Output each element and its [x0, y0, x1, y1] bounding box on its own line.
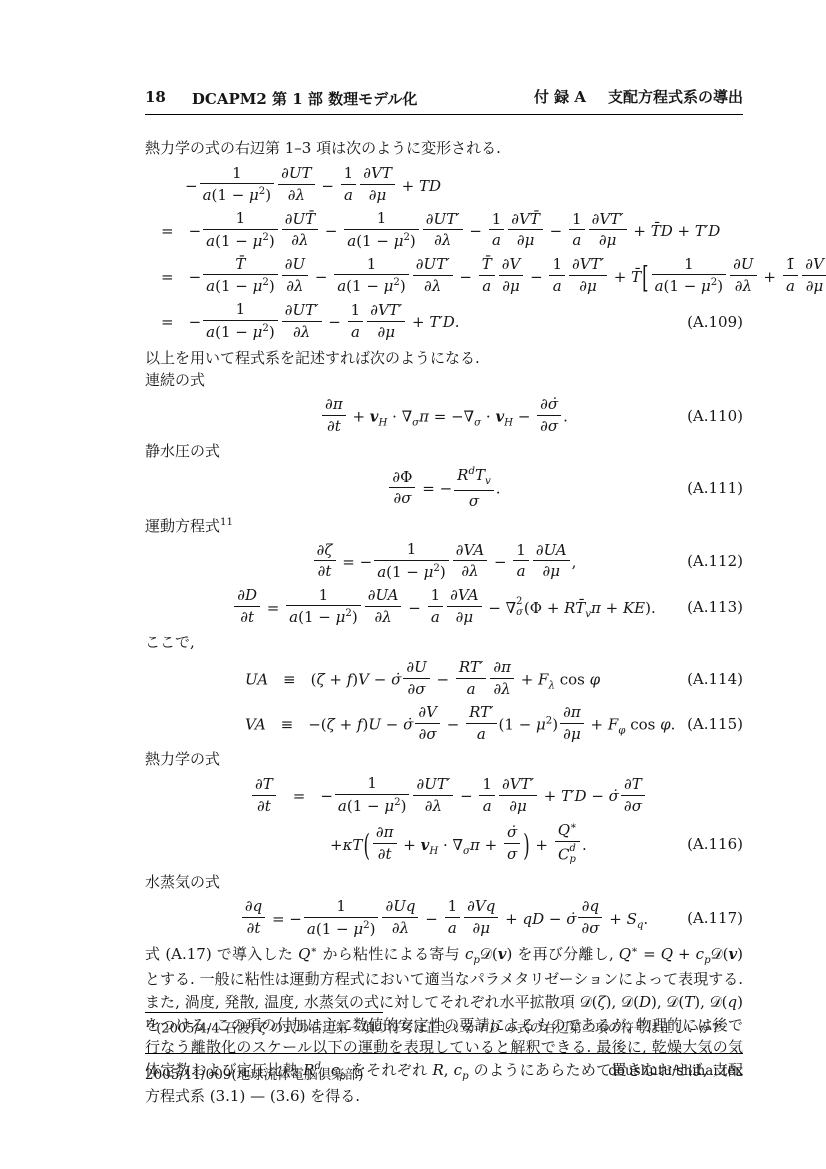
equation-A116: ∂T∂t = −1a(1 − μ2)∂UT′∂λ − 1a∂VT′∂μ + T′… — [145, 774, 743, 868]
document-page: 18 DCAPM2 第 1 部 数理モデル化 付 録 A 支配方程式系の導出 熱… — [0, 0, 826, 1169]
page-header: 18 DCAPM2 第 1 部 数理モデル化 付 録 A 支配方程式系の導出 — [145, 86, 743, 115]
equation-line: ∂T∂t = −1a(1 − μ2)∂UT′∂λ − 1a∂VT′∂μ + T′… — [145, 774, 743, 817]
equation-number: (A.114) — [687, 670, 743, 688]
equation-A112: ∂ζ∂t = −1a(1 − μ2)∂VA∂λ − 1a∂UA∂μ,(A.112… — [145, 540, 743, 583]
header-right: 付 録 A 支配方程式系の導出 — [534, 86, 743, 107]
equation-A110: ∂π∂t + vH · ∇σπ = −∇σ · vH − ∂σ̇∂σ.(A.11… — [145, 395, 743, 437]
equation-math: = −1a(1 − μ2)∂UT̄∂λ − 1a(1 − μ2)∂UT′∂λ −… — [161, 209, 720, 252]
equation-A114-A115: UA ≡ (ζ + f)V − σ̇∂U∂σ − RT′a∂π∂λ + Fλ c… — [145, 658, 743, 745]
footnote-text: 11(2005/4/4 石渡) ζ の式の右辺第一項の符号は正しいか? D の式… — [145, 1019, 743, 1039]
equation-line: UA ≡ (ζ + f)V − σ̇∂U∂σ − RT′a∂π∂λ + Fλ c… — [145, 658, 743, 700]
equation-math: VA ≡ −(ζ + f)U − σ̇∂V∂σ − RT′a(1 − μ2)∂π… — [245, 703, 675, 745]
equation-A113: ∂D∂t = 1a(1 − μ2)∂UA∂λ − 1a∂VA∂μ − ∇2σ(Φ… — [145, 586, 743, 629]
page-footer: 2005/11/009(地球流体電脳倶楽部) doushutu/shihai.t… — [145, 1053, 743, 1083]
equation-line: VA ≡ −(ζ + f)U − σ̇∂V∂σ − RT′a(1 − μ2)∂π… — [145, 703, 743, 745]
section-label-continuity: 連続の式 — [145, 369, 743, 392]
document-body: 熱力学の式の右辺第 1–3 項は次のように変形される.−1a(1 − μ2)∂U… — [145, 137, 743, 1108]
equation-math: UA ≡ (ζ + f)V − σ̇∂U∂σ − RT′a∂π∂λ + Fλ c… — [245, 658, 600, 700]
equation-number: (A.113) — [687, 598, 743, 616]
footer-left-text: 2005/11/009(地球流体電脳倶楽部) — [145, 1063, 363, 1083]
footer-right-text: doushutu/shihai.tex — [608, 1063, 743, 1083]
intro-paragraph: 熱力学の式の右辺第 1–3 項は次のように変形される. — [145, 137, 743, 160]
equation-number: (A.115) — [687, 715, 743, 733]
page-number: 18 — [145, 88, 166, 109]
header-left: 18 DCAPM2 第 1 部 数理モデル化 — [145, 88, 417, 109]
header-left-title: DCAPM2 第 1 部 数理モデル化 — [192, 88, 417, 109]
equation-math: −1a(1 − μ2)∂UT∂λ − 1a∂VT∂μ + TD — [185, 164, 441, 207]
equation-line: −1a(1 − μ2)∂UT∂λ − 1a∂VT∂μ + TD — [145, 164, 743, 207]
equation-math: ∂T∂t = −1a(1 − μ2)∂UT′∂λ − 1a∂VT′∂μ + T′… — [250, 774, 647, 817]
footnote: 11(2005/4/4 石渡) ζ の式の右辺第一項の符号は正しいか? D の式… — [145, 1012, 743, 1039]
equation-number: (A.109) — [687, 313, 743, 331]
equation-math: +κT(∂π∂t + vH · ∇σπ + σ̇σ) + Q∗Cdp. — [330, 820, 587, 869]
here-label: ここで, — [145, 631, 743, 654]
section-label-hydrostatic: 静水圧の式 — [145, 440, 743, 463]
footnote-rule — [145, 1012, 383, 1013]
equation-number: (A.117) — [687, 909, 743, 927]
section-label-thermodynamic: 熱力学の式 — [145, 748, 743, 771]
equation-A111: ∂Φ∂σ = −RdTvσ.(A.111) — [145, 465, 743, 511]
equation-number: (A.110) — [687, 407, 743, 425]
equation-line: = −1a(1 − μ2)∂UT̄∂λ − 1a(1 − μ2)∂UT′∂λ −… — [145, 209, 743, 252]
section-label-motion: 運動方程式11 — [145, 515, 743, 538]
equation-math: ∂π∂t + vH · ∇σπ = −∇σ · vH − ∂σ̇∂σ. — [320, 395, 568, 437]
section-label-water-vapor: 水蒸気の式 — [145, 871, 743, 894]
equation-math: ∂ζ∂t = −1a(1 − μ2)∂VA∂λ − 1a∂UA∂μ, — [312, 540, 577, 583]
equation-math: = −1a(1 − μ2)∂UT′∂λ − 1a∂VT′∂μ + T′D. — [161, 300, 460, 343]
page-content: 18 DCAPM2 第 1 部 数理モデル化 付 録 A 支配方程式系の導出 熱… — [145, 86, 743, 1108]
equation-line: = −1a(1 − μ2)∂UT′∂λ − 1a∂VT′∂μ + T′D.(A.… — [145, 300, 743, 343]
equation-number: (A.111) — [687, 479, 743, 497]
lead-paragraph: 以上を用いて程式系を記述すれば次のようになる. — [145, 347, 743, 370]
equation-line: = −T̄a(1 − μ2)∂U∂λ − 1a(1 − μ2)∂UT′∂λ − … — [145, 255, 743, 298]
equation-number: (A.116) — [687, 835, 743, 853]
equation-A109: −1a(1 − μ2)∂UT∂λ − 1a∂VT∂μ + TD= −1a(1 −… — [145, 164, 743, 343]
header-appendix-label: 付 録 A — [534, 86, 586, 107]
equation-math: ∂D∂t = 1a(1 − μ2)∂UA∂λ − 1a∂VA∂μ − ∇2σ(Φ… — [232, 586, 656, 629]
equation-math: = −T̄a(1 − μ2)∂U∂λ − 1a(1 − μ2)∂UT′∂λ − … — [161, 255, 826, 298]
equation-math: ∂q∂t = −1a(1 − μ2)∂Uq∂λ − 1a∂Vq∂μ + qD −… — [240, 897, 648, 940]
equation-A117: ∂q∂t = −1a(1 − μ2)∂Uq∂λ − 1a∂Vq∂μ + qD −… — [145, 897, 743, 940]
header-right-title: 支配方程式系の導出 — [608, 86, 743, 107]
equation-number: (A.112) — [687, 552, 743, 570]
equation-line: +κT(∂π∂t + vH · ∇σπ + σ̇σ) + Q∗Cdp.(A.11… — [145, 820, 743, 869]
equation-math: ∂Φ∂σ = −RdTvσ. — [387, 465, 500, 511]
